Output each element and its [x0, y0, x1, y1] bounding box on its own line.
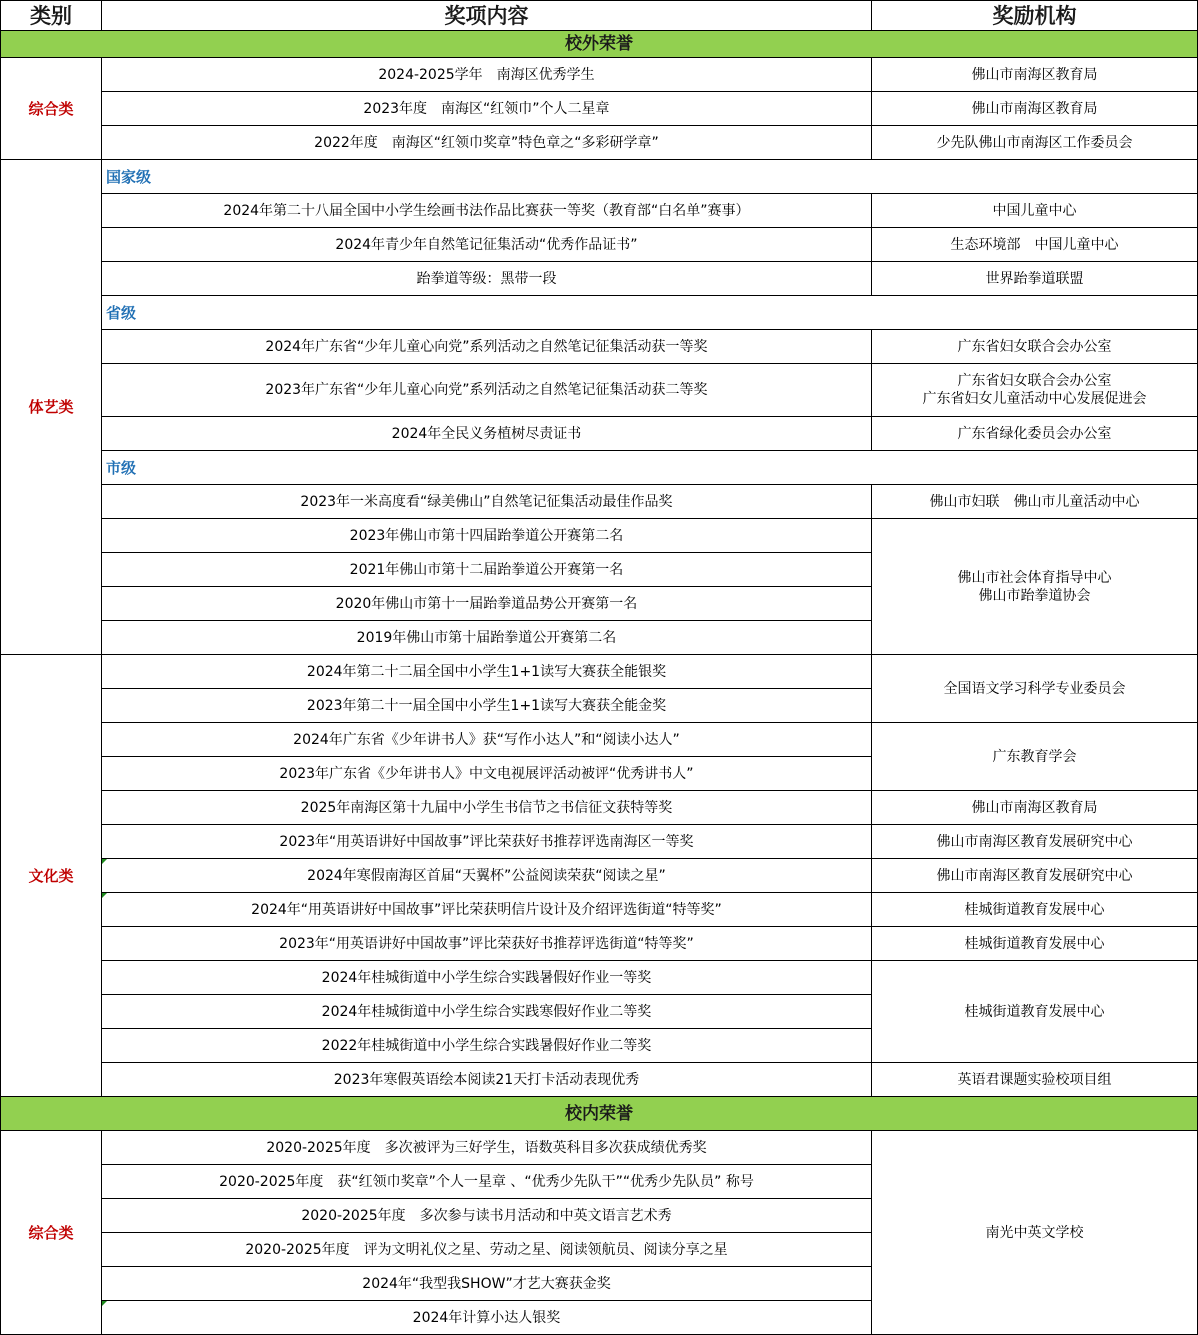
award-org-merged: 南光中英文学校: [872, 1131, 1198, 1335]
award-org: 佛山市南海区教育局: [872, 92, 1198, 126]
comment-indicator-icon: [102, 1301, 107, 1306]
award-org: 中国儿童中心: [872, 194, 1198, 228]
award-content: 2024年桂城街道中小学生综合实践寒假好作业二等奖: [102, 995, 872, 1029]
award-content: 2024年计算小达人银奖: [102, 1301, 872, 1335]
award-content: 2025年南海区第十九届中小学生书信节之书信征文获特等奖: [102, 791, 872, 825]
header-content: 奖项内容: [102, 0, 872, 31]
level-national: 国家级: [102, 160, 1198, 194]
award-content: 2023年广东省《少年讲书人》中文电视展评活动被评“优秀讲书人”: [102, 757, 872, 791]
award-content: 2024年广东省“少年儿童心向党”系列活动之自然笔记征集活动获一等奖: [102, 330, 872, 364]
level-city: 市级: [102, 451, 1198, 485]
award-org: 少先队佛山市南海区工作委员会: [872, 126, 1198, 160]
award-content: 跆拳道等级：黑带一段: [102, 262, 872, 296]
award-org: 佛山市南海区教育发展研究中心: [872, 859, 1198, 893]
award-content: 2024年全民义务植树尽责证书: [102, 417, 872, 451]
award-content: 2023年广东省“少年儿童心向党”系列活动之自然笔记征集活动获二等奖: [102, 364, 872, 417]
award-org: 广东省妇女联合会办公室: [872, 330, 1198, 364]
award-content: 2024年广东省《少年讲书人》获“写作小达人”和“阅读小达人”: [102, 723, 872, 757]
award-org: 佛山市南海区教育局: [872, 58, 1198, 92]
award-content: 2024年寒假南海区首届“天翼杯”公益阅读荣获“阅读之星”: [102, 859, 872, 893]
award-content: 2019年佛山市第十届跆拳道公开赛第二名: [102, 621, 872, 655]
category-ext-general: 综合类: [0, 58, 102, 160]
award-content: 2024年第二十二届全国中小学生1+1读写大赛获全能银奖: [102, 655, 872, 689]
award-content: 2020-2025年度 评为文明礼仪之星、劳动之星、阅读领航员、阅读分享之星: [102, 1233, 872, 1267]
award-content: 2023年“用英语讲好中国故事”评比荣获好书推荐评选街道“特等奖”: [102, 927, 872, 961]
award-org: 佛山市南海区教育发展研究中心: [872, 825, 1198, 859]
award-org: 广东省绿化委员会办公室: [872, 417, 1198, 451]
award-content: 2021年佛山市第十二届跆拳道公开赛第一名: [102, 553, 872, 587]
award-org: 桂城街道教育发展中心: [872, 893, 1198, 927]
award-content: 2024年“用英语讲好中国故事”评比荣获明信片设计及介绍评选街道“特等奖”: [102, 893, 872, 927]
award-org: 佛山市妇联 佛山市儿童活动中心: [872, 485, 1198, 519]
header-org: 奖励机构: [872, 0, 1198, 31]
category-int-general: 综合类: [0, 1131, 102, 1335]
award-content: 2024-2025学年 南海区优秀学生: [102, 58, 872, 92]
award-org: 英语君课题实验校项目组: [872, 1063, 1198, 1097]
award-org-merged: 广东教育学会: [872, 723, 1198, 791]
award-content: 2023年度 南海区“红领巾”个人二星章: [102, 92, 872, 126]
award-content: 2023年一米高度看“绿美佛山”自然笔记征集活动最佳作品奖: [102, 485, 872, 519]
award-org: 广东省妇女联合会办公室 广东省妇女儿童活动中心发展促进会: [872, 364, 1198, 417]
honors-spreadsheet: 类别 奖项内容 奖励机构 校外荣誉 综合类 2024-2025学年 南海区优秀学…: [0, 0, 1198, 1335]
award-content: 2023年“用英语讲好中国故事”评比荣获好书推荐评选南海区一等奖: [102, 825, 872, 859]
award-org: 佛山市南海区教育局: [872, 791, 1198, 825]
category-ext-culture: 文化类: [0, 655, 102, 1097]
award-org: 桂城街道教育发展中心: [872, 927, 1198, 961]
award-content: 2023年寒假英语绘本阅读21天打卡活动表现优秀: [102, 1063, 872, 1097]
award-content: 2024年青少年自然笔记征集活动“优秀作品证书”: [102, 228, 872, 262]
section-internal-honors: 校内荣誉: [0, 1097, 1198, 1131]
award-content: 2024年“我型我SHOW”才艺大赛获金奖: [102, 1267, 872, 1301]
award-content: 2022年桂城街道中小学生综合实践暑假好作业二等奖: [102, 1029, 872, 1063]
award-content: 2023年第二十一届全国中小学生1+1读写大赛获全能金奖: [102, 689, 872, 723]
header-category: 类别: [0, 0, 102, 31]
award-org: 世界跆拳道联盟: [872, 262, 1198, 296]
award-content: 2020-2025年度 获“红领巾奖章”个人一星章 、“优秀少先队干”“优秀少先…: [102, 1165, 872, 1199]
award-content: 2022年度 南海区“红领巾奖章”特色章之“多彩研学章”: [102, 126, 872, 160]
org-line: 佛山市社会体育指导中心: [958, 569, 1112, 587]
org-line: 广东省妇女联合会办公室: [958, 372, 1112, 390]
award-org: 生态环境部 中国儿童中心: [872, 228, 1198, 262]
award-content: 2024年桂城街道中小学生综合实践暑假好作业一等奖: [102, 961, 872, 995]
award-content: 2023年佛山市第十四届跆拳道公开赛第二名: [102, 519, 872, 553]
category-ext-sports-arts: 体艺类: [0, 160, 102, 655]
award-org-merged: 佛山市社会体育指导中心 佛山市跆拳道协会: [872, 519, 1198, 655]
org-line: 广东省妇女儿童活动中心发展促进会: [923, 390, 1147, 408]
award-content: 2020年佛山市第十一届跆拳道品势公开赛第一名: [102, 587, 872, 621]
award-content: 2024年第二十八届全国中小学生绘画书法作品比赛获一等奖（教育部“白名单”赛事）: [102, 194, 872, 228]
award-content: 2020-2025年度 多次被评为三好学生，语数英科目多次获成绩优秀奖: [102, 1131, 872, 1165]
comment-indicator-icon: [102, 893, 107, 898]
award-content: 2020-2025年度 多次参与读书月活动和中英文语言艺术秀: [102, 1199, 872, 1233]
section-external-honors: 校外荣誉: [0, 31, 1198, 58]
level-provincial: 省级: [102, 296, 1198, 330]
comment-indicator-icon: [102, 859, 107, 864]
award-org-merged: 桂城街道教育发展中心: [872, 961, 1198, 1063]
award-org-merged: 全国语文学习科学专业委员会: [872, 655, 1198, 723]
org-line: 佛山市跆拳道协会: [979, 587, 1091, 605]
